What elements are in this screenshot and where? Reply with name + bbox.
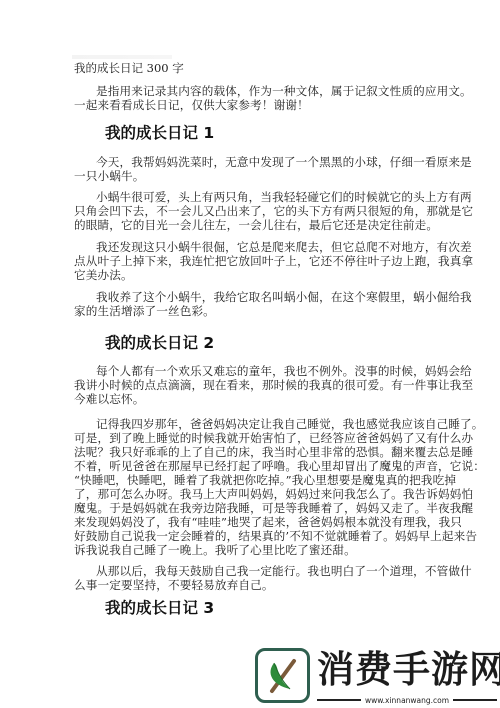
paragraph-line: 我收养了这个小蜗牛，我给它取名叫蜗小倔，在这个寒假里，蜗小倔给我: [96, 290, 456, 304]
paragraph-line: 每个人都有一个欢乐又难忘的童年，我也不例外。没事的时候，妈妈会给: [96, 364, 456, 378]
paragraph-line: 只角会凹下去，不一会儿又凸出来了，它的头下方有两只很短的角，那就是它: [74, 204, 434, 218]
paragraph-line: 来发现妈妈没了，我有“哇哇”地哭了起来，爸爸妈妈根本就没有理我，我只: [74, 515, 434, 529]
paragraph-line: 么事一定要坚持，不要轻易放弃自己。: [74, 578, 434, 592]
paragraph-line: 它美办法。: [74, 268, 434, 282]
paragraph-line: 不着，听见爸爸在那屋早已经打起了呼噜。我心里却冒出了魔鬼的声音，它说：: [74, 459, 434, 473]
document-page: 我的成长日记 300 字 是指用来记录其内容的载体，作为一种文体，属于记叙文性质…: [0, 0, 500, 708]
section-heading-1: 我的成长日记 1: [105, 123, 214, 143]
paragraph-line: “快睡吧，快睡吧，睡着了我就把你吃掉。”我心里想要是魔鬼真的把我吃掉: [74, 473, 434, 487]
cropped-text-line: [72, 55, 172, 59]
paragraph-line: 记得我四岁那年，爸爸妈妈决定让我自己睡觉，我也感觉我应该自己睡了。: [96, 417, 456, 431]
paragraph-line: 小蜗牛很可爱，头上有两只角，当我轻轻碰它们的时候就它的头上方有两: [96, 190, 456, 204]
watermark-site-name: 消费手游网: [317, 648, 500, 690]
paragraph-line: 可是，到了晚上睡觉的时候我就开始害怕了，已经答应爸爸妈妈了又有什么办: [74, 431, 434, 445]
leaf-stick-logo-icon: [255, 648, 310, 703]
paragraph-line: 我还发现这只小蜗牛很倔，它总是爬来爬去，但它总爬不对地方，有次差: [96, 240, 456, 254]
watermark-url: www.xinnanwang.com: [361, 696, 453, 705]
paragraph-line: 从那以后，我每天鼓励自己我一定能行。我也明白了一个道理，不管做什: [96, 564, 456, 578]
paragraph-line: 一只小蜗牛。: [74, 169, 434, 183]
section-heading-3: 我的成长日记 3: [105, 598, 214, 618]
paragraph-line: 好鼓励自己说我一定会睡着的，结果真的’不知不觉就睡着了。妈妈早上起来告: [74, 529, 434, 543]
paragraph-line: 今天，我帮妈妈洗菜时，无意中发现了一个黑黑的小球，仔细一看原来是: [96, 155, 456, 169]
watermark-url-row: www.xinnanwang.com: [317, 694, 497, 706]
paragraph-line: 魔鬼。于是妈妈就在我旁边陪我睡，可是等我睡着了，妈妈又走了。半夜我醒: [74, 501, 434, 515]
divider: [453, 699, 497, 701]
document-title: 我的成长日记 300 字: [74, 61, 184, 75]
paragraph-line: 家的生活增添了一丝色彩。: [74, 304, 434, 318]
intro-line: 是指用来记录其内容的载体，作为一种文体，属于记叙文性质的应用文。: [96, 84, 456, 98]
paragraph-line: 诉我说我自己睡了一晚上。我听了心里比吃了蜜还甜。: [74, 543, 434, 557]
divider: [317, 699, 361, 701]
paragraph-line: 今难以忘怀。: [74, 392, 434, 406]
paragraph-line: 我讲小时候的点点滴滴，现在看来，那时候的我真的很可爱。有一件事让我至: [74, 378, 434, 392]
intro-line: 一起来看看成长日记，仅供大家参考！谢谢！: [74, 98, 434, 112]
paragraph-line: 点从叶子上掉下来，我连忙把它放回叶子上，它还不停往叶子边上跑，我真拿: [74, 254, 434, 268]
paragraph-line: 了，那可怎么办呀。我马上大声叫妈妈，妈妈过来问我怎么了。我告诉妈妈怕: [74, 487, 434, 501]
site-watermark: 消费手游网 www.xinnanwang.com: [255, 648, 500, 708]
paragraph-line: 的眼睛，它的目光一会儿往左，一会儿往右，最后它还是决定往前走。: [74, 218, 434, 232]
paragraph-line: 法呢？我只好乖乖的上了自己的床，我当时心里非常的恐惧。翻来覆去总是睡: [74, 445, 434, 459]
section-heading-2: 我的成长日记 2: [105, 333, 214, 353]
